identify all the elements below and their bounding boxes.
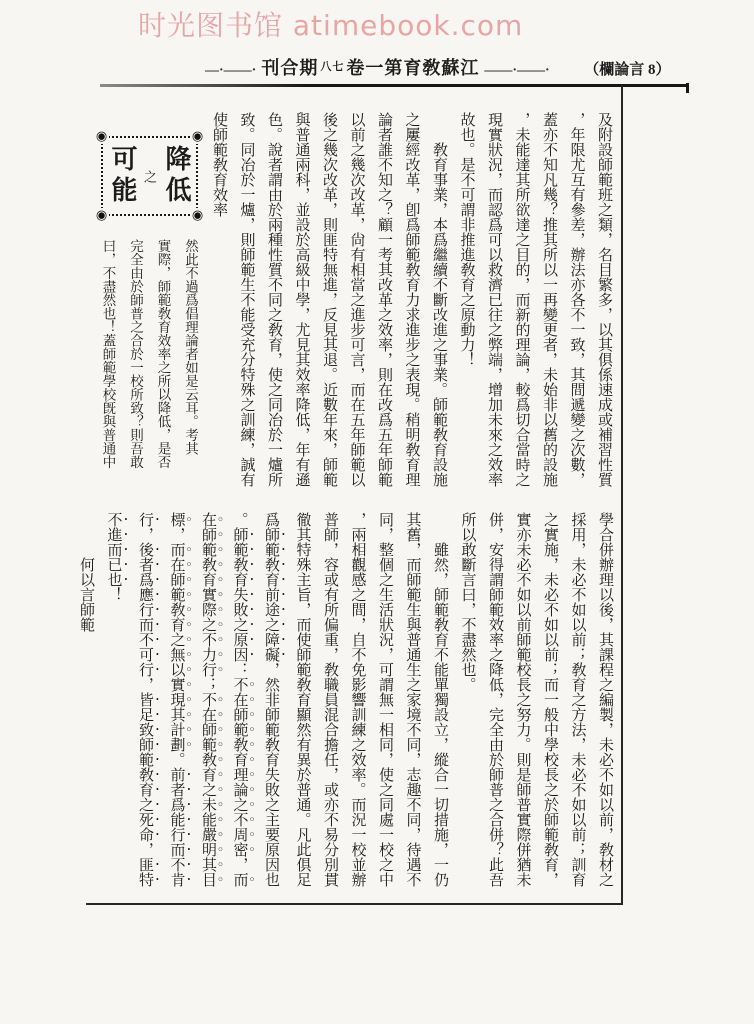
emphasized-text-run: 不進而已也 [106,512,122,587]
text-run: ， [137,842,153,857]
watermark-text: 时光图书馆 atimebook.com [138,4,523,44]
register-top-under-box: 然此不過爲倡理論者如是云耳。考其實際，師範敎育效率之所以降低，是否完全由於師普之… [94,239,204,503]
text-run: 學合併辦理以後，其課程之編製，未必不如以前，敎材之 [597,512,613,887]
text-column: 實亦未必不如以前師範校長之努力。則是師普實際併猶未 [508,512,536,906]
emphasized-text-run: 師範敎育前途之障礙 [263,527,279,662]
text-run: ，兩相觀感之間，自不免影響訓練之效率。而況一校並辦 [350,512,366,887]
issue-numbers-small: 八七 [320,61,344,73]
header-dashes-right: ——·——· [484,63,549,78]
emphasized-text-run: 匪特 [137,857,153,887]
text-run: 同，整個之生活狀況，可謂無一相同，使之同處一校之中 [377,512,393,887]
text-run: 徹其特殊主旨，而使師範敎育顯然有異於普通。凡此俱足 [295,512,311,887]
text-run: 與普通兩科，並設於高級中學，尤見其效率降低，年有遜 [294,112,310,487]
running-header: —·——·刊合期八七卷一第育敎蘇江——·——·（欄論言 8） [205,54,670,80]
text-run: 敎育事業，本爲繼續不斷改進之事業。師範敎育設施 [431,142,447,487]
text-column: 。師範敎育失敗之原因：不在師範敎育理論之不周密，而 [225,512,257,906]
text-run: 採用，未必不如以前；敎育之方法，未必不如以前；訓育 [570,512,586,887]
text-run: 雖然，師範敎育不能單獨設立，縱合一切措施，一仍 [432,542,448,887]
text-column: 在師範敎育實際之不力行；不在師範敎育之未能嚴明其目 [194,512,226,906]
emphasized-text-run: 後者爲應行而不可行 [137,542,153,677]
scanned-journal-page: 时光图书馆 atimebook.com —·——·刊合期八七卷一第育敎蘇江——·… [0,0,754,1024]
text-run: 之實施，未必不如以前；而一般中學校長之於師範敎育， [542,512,558,887]
text-run: 致。同冶於一爐，則師範生不能受充分特殊之訓練，誠有 [239,112,255,487]
text-column: 徹其特殊主旨，而使師範敎育顯然有異於普通。凡此俱足 [288,512,316,906]
text-run: 蓋亦不知凡幾？推其所以一再變更者，未始非以舊的設施 [541,112,557,487]
text-run: 使師範敎育效率 [211,112,227,217]
text-column: ，年限尤互有參差，辦法亦各不一致，其間遞變之次數， [562,112,590,500]
text-run: 完全由於師普之合於一校所致？則吾敢 [128,239,143,469]
text-column: 論者誰不知之？顧一考其改革之效率，則在改爲五年師範 [370,112,398,500]
text-column: 其舊，而師範生與普通生之家境不同，志趣不同，待遇不 [398,512,426,906]
text-run: 。 [169,752,185,767]
text-run: 現實狀況，而認爲可以救濟已往之弊端，增加未來之效率 [486,112,502,487]
text-column: 何以言師範 [72,512,100,906]
text-column: 爲師範敎育前途之障礙，然非師範敎育失敗之主要原因也 [257,512,289,906]
text-column: 不進而已也！ [99,512,131,906]
text-column: 致。同冶於一爐，則師範生不能受充分特殊之訓練，誠有 [232,112,260,500]
pullquote-large-left: 可能 [104,140,140,212]
text-run: 及附設師範班之類，名目繁多，以其俱係速成或補習性質 [596,112,612,487]
text-run: ，然非師範敎育失敗之主要原因也 [263,662,279,887]
text-column: 行，後者爲應行而不可行，皆足致師範敎育之死命，匪特 [131,512,163,906]
text-run: 爲 [263,512,279,527]
text-column: 學合併辦理以後，其課程之編製，未必不如以前，敎材之 [591,512,619,906]
text-column: 蓋亦不知凡幾？推其所以一再變更者，未始非以舊的設施 [535,112,563,500]
text-column: 之屢經改革，卽爲師範敎育力求進步之表現。稍明敎育理 [397,112,425,500]
text-run: 色。說者謂由於兩種性質不同之敎育，使之同冶於一爐所 [266,112,282,487]
text-run: 然此不過爲倡理論者如是云耳。考其 [183,239,198,455]
text-column: 及附設師範班之類，名目繁多，以其俱係速成或補習性質 [590,112,618,500]
text-run: ， [137,527,153,542]
section-page-label: （欄論言 8） [592,62,671,78]
text-run: 所以敢斷言曰，不盡然也。 [460,512,476,692]
text-run: 併，安得謂師範效率之降低，完全由於師普之合併？此吾 [487,512,503,887]
text-run: ，年限尤互有參差，辦法亦各不一致，其間遞變之次數， [569,112,585,487]
emphasized-text-run: 在師範敎育實際之不力行 [200,512,216,677]
emphasized-text-run: 而在師範敎育之無以實現其計劃 [169,542,185,752]
register-bottom: 學合併辦理以後，其課程之編製，未必不如以前，敎材之採用，未必不如以前；敎育之方法… [95,512,618,906]
text-run: ！ [106,587,122,602]
text-run: 其舊，而師範生與普通生之家境不同，志趣不同，待遇不 [405,512,421,887]
text-column: 敎育事業，本爲繼續不斷改進之事業。師範敎育設施 [425,112,453,500]
text-column: 與普通兩科，並設於高級中學，尤見其效率降低，年有遜 [287,112,315,500]
pullquote-large-right: 降低 [158,140,194,212]
text-column: 使師範敎育效率 [205,112,233,500]
text-run: ： [232,662,248,677]
text-run: 故也。是不可謂非推進敎育之原動力！ [459,112,475,367]
text-run: ，未能達其所欲達之目的，而新的理論，較爲切合當時之 [514,112,530,487]
emphasized-text-run: 不在師範敎育之未能嚴明其目 [200,692,216,887]
text-column: 所以敢斷言曰，不盡然也。 [453,512,481,906]
text-run: ， [169,527,185,542]
text-run: 之屢經改革，卽爲師範敎育力求進步之表現。稍明敎育理 [404,112,420,487]
text-column: 以前之幾次改革，尙有相當之進步可言，而在五年師範以 [342,112,370,500]
emphasized-text-run: 行 [137,512,153,527]
text-column: 普師，容或有所偏重，敎職員混合擔任，或亦不易分別貫 [316,512,344,906]
emphasized-text-run: 不在師範敎育理論之不周密 [232,677,248,857]
text-column: 曰，不盡然也！蓋師範學校旣與普通中 [94,239,122,503]
text-column: 標，而在師範敎育之無以實現其計劃。前者爲能行而不肯 [162,512,194,906]
emphasized-text-run: 標 [169,512,185,527]
header-rule-tick [686,83,689,93]
text-run: ， [137,677,153,692]
frame-right-border [621,85,623,905]
header-rule [100,84,688,87]
text-column: ，兩相觀感之間，自不免影響訓練之效率。而況一校並辦 [343,512,371,906]
pullquote-text: 降低 之 可能 [105,140,194,212]
emphasized-text-run: 師範敎育失敗之原因 [232,527,248,662]
text-column: ，未能達其所欲達之目的，而新的理論，較爲切合當時之 [507,112,535,500]
pullquote-ornament-box: ◉ ◉ ◉ ◉ 降低 之 可能 [101,136,198,216]
text-column: 實際，師範敎育效率之所以降低，是否 [149,239,177,503]
register-top-main: 及附設師範班之類，名目繁多，以其俱係速成或補習性質，年限尤互有參差，辦法亦各不一… [204,112,617,500]
text-column: 故也。是不可謂非推進敎育之原動力！ [452,112,480,500]
title-part-2: 卷一第育敎蘇江 [346,58,479,78]
text-run: 。 [232,512,248,527]
text-run: 實亦未必不如以前師範校長之努力。則是師普實際併猶未 [515,512,531,887]
text-column: 後之幾次改革，則匪特無進，反見其退。近數年來，師範 [315,112,343,500]
text-column: 然此不過爲倡理論者如是云耳。考其 [177,239,205,503]
text-column: 現實狀況，而認爲可以救濟已往之弊端，增加未來之效率 [480,112,508,500]
text-run: 以前之幾次改革，尙有相當之進步可言，而在五年師範以 [349,112,365,487]
text-column: 併，安得謂師範效率之降低，完全由於師普之合併？此吾 [481,512,509,906]
emphasized-text-run: 而 [232,872,248,887]
text-run: ； [200,677,216,692]
text-run: ， [232,857,248,872]
emphasized-text-run: 前者爲能行而不肯 [169,767,185,887]
text-run: 曰，不盡然也！蓋師範學校旣與普通中 [101,239,116,469]
text-run: 普師，容或有所偏重，敎職員混合擔任，或亦不易分別貫 [322,512,338,887]
journal-title-reversed: 刊合期八七卷一第育敎蘇江 [261,58,479,78]
text-column: 之實施，未必不如以前；而一般中學校長之於師範敎育， [536,512,564,906]
text-run: 實際，師範敎育效率之所以降低，是否 [156,239,171,469]
header-dashes-left: —·——· [205,63,256,78]
pullquote-small-middle: 之 [140,140,158,212]
text-run: 何以言師範 [78,557,94,632]
text-column: 同，整個之生活狀況，可謂無一相同，使之同處一校之中 [371,512,399,906]
text-column: 採用，未必不如以前；敎育之方法，未必不如以前；訓育 [563,512,591,906]
text-column: 色。說者謂由於兩種性質不同之敎育，使之同冶於一爐所 [260,112,288,500]
emphasized-text-run: 皆足致師範敎育之死命 [137,692,153,842]
text-column: 完全由於師普之合於一校所致？則吾敢 [122,239,150,503]
text-run: 論者誰不知之？顧一考其改革之效率，則在改爲五年師範 [376,112,392,487]
text-run: 後之幾次改革，則匪特無進，反見其退。近數年來，師範 [321,112,337,487]
text-column: 雖然，師範敎育不能單獨設立，縱合一切措施，一仍 [426,512,454,906]
title-part-1: 刊合期 [261,58,318,78]
